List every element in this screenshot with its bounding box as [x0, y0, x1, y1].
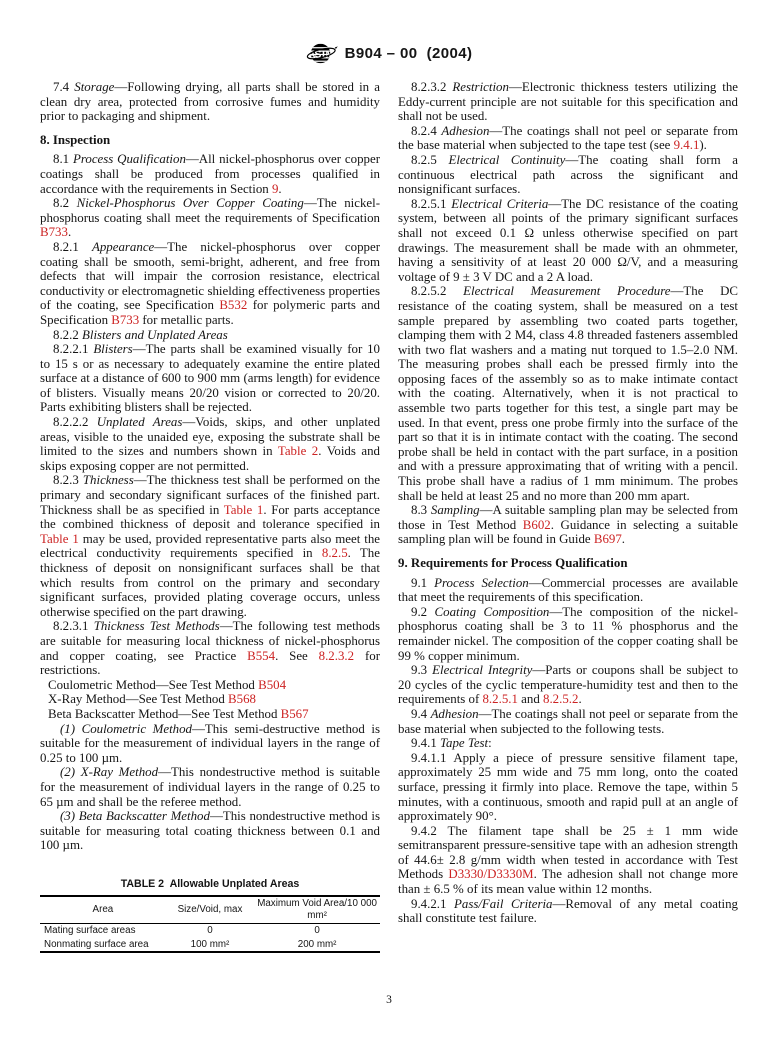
ref-link[interactable]: 8.2.5 [322, 546, 348, 560]
paragraph: 8.2.5 Electrical Continuity—The coating … [398, 153, 738, 197]
paragraph: 9.4.2.1 Pass/Fail Criteria—Removal of an… [398, 897, 738, 926]
paragraph: 9.3 Electrical Integrity—Parts or coupon… [398, 663, 738, 707]
text-run: Appearance [92, 240, 154, 254]
text-run: 9.4.2.1 [411, 897, 454, 911]
paragraph: 8.1 Process Qualification—All nickel-pho… [40, 152, 380, 196]
text-run: . [68, 225, 71, 239]
text-run: —The DC resistance of the coating system… [398, 284, 738, 502]
text-run: 9.4.1.1 Apply a piece of pressure sensit… [398, 751, 738, 823]
table-row: Mating surface areas00 [40, 924, 380, 938]
paragraph: 8.2.3.1 Thickness Test Methods—The follo… [40, 619, 380, 677]
page-header: ASTM B904 – 00 (2004) [0, 0, 778, 67]
table-cell: 0 [166, 924, 254, 938]
paragraph: 8.2.2.2 Unplated Areas—Voids, skips, and… [40, 415, 380, 473]
text-run: Thickness Test Methods [94, 619, 220, 633]
paragraph: 7.4 Storage—Following drying, all parts … [40, 80, 380, 124]
text-run: 9.3 [411, 663, 432, 677]
unplated-areas-table: AreaSize/Void, maxMaximum Void Area/10 0… [40, 895, 380, 953]
document-page: ASTM B904 – 00 (2004) 7.4 Storage—Follow… [0, 0, 778, 1041]
text-run: Electrical Measurement Procedure [463, 284, 670, 298]
text-run: Tape Test [440, 736, 488, 750]
astm-logo-icon: ASTM [306, 40, 338, 67]
paragraph: (3) Beta Backscatter Method—This nondest… [40, 809, 380, 853]
paragraph: 9.2 Coating Composition—The composition … [398, 605, 738, 663]
ref-link[interactable]: B504 [258, 678, 286, 692]
text-run: 9.1 [411, 576, 434, 590]
text-run: 9.2 [411, 605, 435, 619]
text-run: Unplated Areas [97, 415, 183, 429]
ref-link[interactable]: D3330/D3330M [448, 867, 533, 881]
text-run: Adhesion [431, 707, 479, 721]
text-run: 9.4.1 [411, 736, 440, 750]
paragraph: 9.1 Process Selection—Commercial process… [398, 576, 738, 605]
ref-link[interactable]: B567 [281, 707, 309, 721]
ref-link[interactable]: B554 [247, 649, 275, 663]
text-run: 8.2.5.1 [411, 197, 451, 211]
text-run: ). [699, 138, 707, 152]
text-run: Beta Backscatter Method—See Test Method [48, 707, 281, 721]
method-line: X-Ray Method—See Test Method B568 [40, 692, 380, 707]
text-run: Blisters [93, 342, 132, 356]
paragraph: 8.2.2.1 Blisters—The parts shall be exam… [40, 342, 380, 415]
text-run: and [518, 692, 543, 706]
ref-link[interactable]: B733 [40, 225, 68, 239]
ref-link[interactable]: Table 1 [224, 503, 264, 517]
text-run: . [278, 182, 281, 196]
text-run: 8.2.1 [53, 240, 92, 254]
text-run: (1) Coulometric Method [60, 722, 192, 736]
page-number: 3 [0, 994, 778, 1006]
paragraph: 8.3 Sampling—A suitable sampling plan ma… [398, 503, 738, 547]
paragraph: 8.2.5.2 Electrical Measurement Procedure… [398, 284, 738, 503]
table-cell: 200 mm² [254, 938, 380, 953]
paragraph: 8.2.3 Thickness—The thickness test shall… [40, 473, 380, 619]
table-header-cell: Area [40, 896, 166, 924]
method-line: Beta Backscatter Method—See Test Method … [40, 707, 380, 722]
standard-designation: B904 – 00 (2004) [345, 45, 473, 62]
ref-link[interactable]: Table 2 [278, 444, 318, 458]
paragraph: (2) X-Ray Method—This nondestructive met… [40, 765, 380, 809]
paragraph: (1) Coulometric Method—This semi-destruc… [40, 722, 380, 766]
table-2-block: TABLE 2 Allowable Unplated AreasAreaSize… [40, 877, 380, 954]
section-heading: 8. Inspection [40, 133, 380, 148]
text-run: 8.2.2.2 [53, 415, 97, 429]
ref-link[interactable]: 9.4.1 [674, 138, 700, 152]
paragraph: 9.4 Adhesion—The coatings shall not peel… [398, 707, 738, 736]
paragraph: 9.4.2 The filament tape shall be 25 ± 1 … [398, 824, 738, 897]
text-run: 8.2.3.1 [53, 619, 94, 633]
ref-link[interactable]: B568 [228, 692, 256, 706]
ref-link[interactable]: B733 [111, 313, 139, 327]
text-run: Adhesion [441, 124, 489, 138]
text-run: 8.2.5 [411, 153, 448, 167]
text-run: 8.2.2.1 [53, 342, 93, 356]
body-columns: 7.4 Storage—Following drying, all parts … [40, 80, 738, 953]
paragraph: 8.2.5.1 Electrical Criteria—The DC resis… [398, 197, 738, 285]
text-run: 8.2.5.2 [411, 284, 463, 298]
text-run: . [622, 532, 625, 546]
text-run: (2) X-Ray Method [60, 765, 158, 779]
text-run: . See [275, 649, 319, 663]
table-header-cell: Maximum Void Area/10 000 mm² [254, 896, 380, 924]
table-cell: 0 [254, 924, 380, 938]
text-run: Thickness [83, 473, 134, 487]
table-caption: TABLE 2 Allowable Unplated Areas [40, 877, 380, 892]
ref-link[interactable]: Table 1 [40, 532, 79, 546]
text-run: 7.4 [53, 80, 74, 94]
text-run: Coating Composition [435, 605, 550, 619]
text-run: . [578, 692, 581, 706]
left-column: 7.4 Storage—Following drying, all parts … [40, 80, 380, 953]
text-run: Electrical Integrity [432, 663, 532, 677]
paragraph: 8.2.2 Blisters and Unplated Areas [40, 328, 380, 343]
ref-link[interactable]: B602 [523, 518, 551, 532]
text-run: 8.2.3.2 [411, 80, 452, 94]
paragraph: 9.4.1 Tape Test: [398, 736, 738, 751]
text-run: Storage [74, 80, 114, 94]
section-heading: 9. Requirements for Process Qualificatio… [398, 556, 738, 571]
paragraph: 8.2 Nickel-Phosphorus Over Copper Coatin… [40, 196, 380, 240]
table-cell: Nonmating surface area [40, 938, 166, 953]
text-run: Process Selection [434, 576, 529, 590]
ref-link[interactable]: 8.2.5.2 [543, 692, 578, 706]
right-column: 8.2.3.2 Restriction—Electronic thickness… [398, 80, 738, 953]
ref-link[interactable]: 8.2.3.2 [319, 649, 354, 663]
text-run: 8.2.3 [53, 473, 83, 487]
text-run: 8.2.4 [411, 124, 441, 138]
text-run: Sampling [431, 503, 480, 517]
table-cell: 100 mm² [166, 938, 254, 953]
text-run: for metallic parts. [139, 313, 234, 327]
text-run: 9.4 [411, 707, 431, 721]
text-run: Pass/Fail Criteria [454, 897, 553, 911]
text-run: X-Ray Method—See Test Method [48, 692, 228, 706]
table-header-cell: Size/Void, max [166, 896, 254, 924]
text-run: Restriction [452, 80, 509, 94]
text-run: 8.2 [53, 196, 77, 210]
ref-link[interactable]: B697 [594, 532, 622, 546]
table-row: Nonmating surface area100 mm²200 mm² [40, 938, 380, 953]
text-run: (3) Beta Backscatter Method [60, 809, 210, 823]
text-run: 8.1 [53, 152, 73, 166]
text-run: Coulometric Method—See Test Method [48, 678, 258, 692]
text-run: Electrical Continuity [448, 153, 565, 167]
text-run: 8.3 [411, 503, 431, 517]
text-run: Process Qualification [73, 152, 186, 166]
ref-link[interactable]: B532 [219, 298, 247, 312]
text-run: 8.2.2 [53, 328, 82, 342]
paragraph: 8.2.4 Adhesion—The coatings shall not pe… [398, 124, 738, 153]
text-run: : [488, 736, 492, 750]
table-cell: Mating surface areas [40, 924, 166, 938]
text-run: Blisters and Unplated Areas [82, 328, 228, 342]
text-run: Electrical Criteria [451, 197, 548, 211]
method-line: Coulometric Method—See Test Method B504 [40, 678, 380, 693]
ref-link[interactable]: 8.2.5.1 [482, 692, 517, 706]
paragraph: 8.2.3.2 Restriction—Electronic thickness… [398, 80, 738, 124]
paragraph: 9.4.1.1 Apply a piece of pressure sensit… [398, 751, 738, 824]
text-run: Nickel-Phosphorus Over Copper Coating [77, 196, 304, 210]
paragraph: 8.2.1 Appearance—The nickel-phosphorus o… [40, 240, 380, 328]
